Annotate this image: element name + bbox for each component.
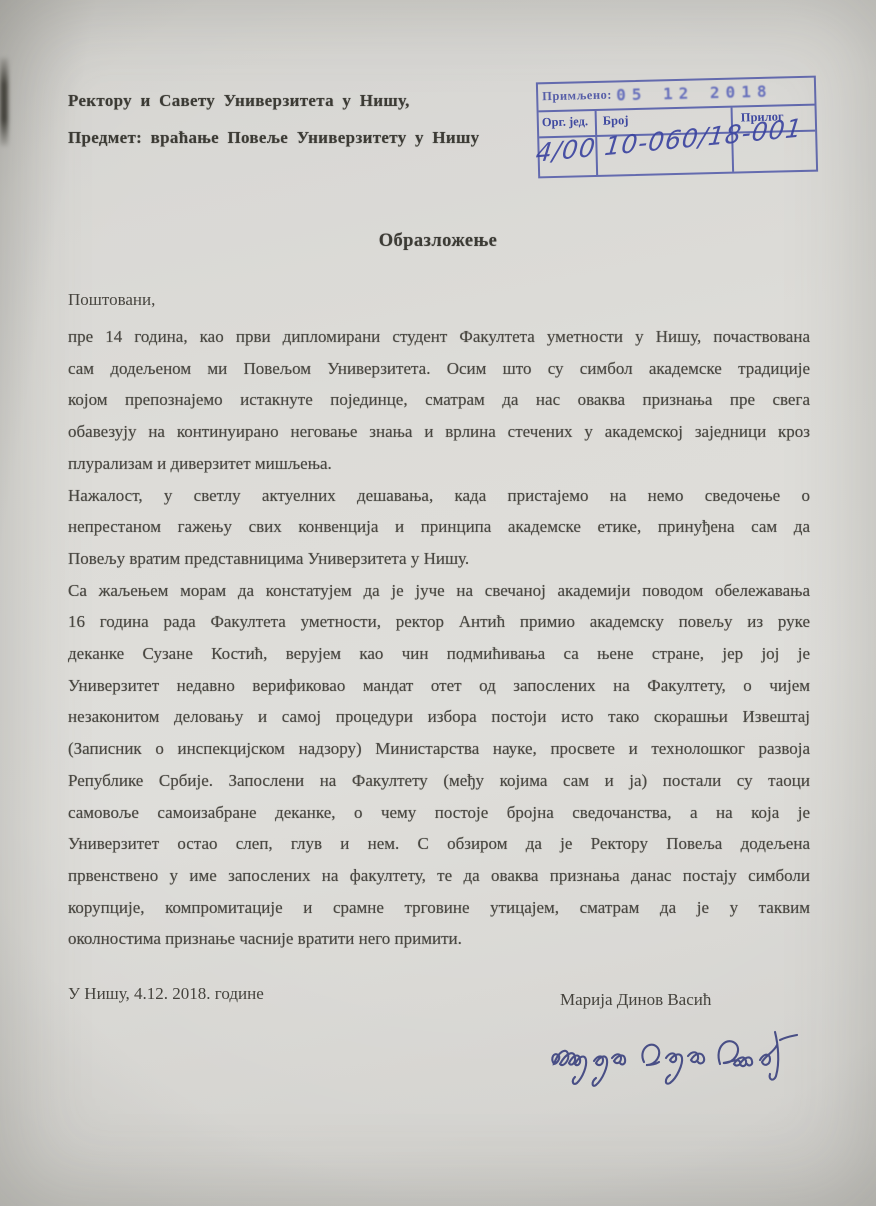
body-line: пре 14 година, као први дипломирани студ… — [68, 321, 810, 353]
body-line: првенствено у име запослених на факултет… — [68, 860, 810, 892]
body-line: обавезују на континуирано неговање знања… — [68, 416, 810, 448]
body-line: Са жаљењем морам да констатујем да је ју… — [68, 575, 810, 607]
document-title: Образложење — [0, 231, 876, 252]
received-label: Примљено: — [542, 88, 612, 105]
letter-body: пре 14 година, као први дипломирани студ… — [68, 321, 810, 955]
body-line: непрестаном гажењу свих конвенција и при… — [68, 511, 810, 543]
body-line: којом препознајемо истакнуте појединце, … — [68, 384, 810, 416]
body-line: Повељу вратим представницима Универзитет… — [68, 543, 810, 575]
scanned-letter-page: Ректору и Савету Универзитета у Нишу, Пр… — [0, 0, 876, 1206]
body-line: деканке Сузане Костић, верујем као чин п… — [68, 638, 810, 670]
body-line: Републике Србије. Запослени на Факултету… — [68, 765, 810, 797]
signatory-name: Марија Динов Васић — [560, 990, 711, 1010]
signature-handwriting — [548, 1024, 830, 1098]
photo-edge-artifact — [0, 58, 8, 146]
recipient-line: Ректору и Савету Универзитета у Нишу, — [68, 82, 479, 119]
body-line: незаконитом деловању и самој процедури и… — [68, 701, 810, 733]
body-line: плурализам и диверзитет мишљења. — [68, 448, 810, 480]
body-line: (Записник о инспекцијском надзору) Минис… — [68, 733, 810, 765]
body-line: самовоље самоизабране деканке, о чему по… — [68, 797, 810, 829]
recipient-block: Ректору и Савету Универзитета у Нишу, Пр… — [68, 82, 479, 156]
body-line: околностима признање часније вратити нег… — [68, 923, 810, 955]
received-date-stamp: 05 12 2018 — [616, 82, 773, 105]
subject-line: Предмет: враћање Повеље Универзитету у Н… — [68, 119, 479, 156]
body-line: корупције, компромитације и срамне тргов… — [68, 892, 810, 924]
body-line: сам додељеном ми Повељом Универзитета. О… — [68, 353, 810, 385]
salutation: Поштовани, — [68, 290, 155, 310]
body-line: Универзитет остао слеп, глув и нем. С об… — [68, 828, 810, 860]
body-line: 16 година рада Факултета уметности, рект… — [68, 606, 810, 638]
received-stamp: Примљено: 05 12 2018 Орг. јед. Број Прил… — [536, 76, 818, 179]
body-line: Нажалост, у светлу актуелних дешавања, к… — [68, 480, 810, 512]
body-line: Универзитет недавно верификовао мандат о… — [68, 670, 810, 702]
place-date: У Нишу, 4.12. 2018. године — [68, 984, 264, 1004]
